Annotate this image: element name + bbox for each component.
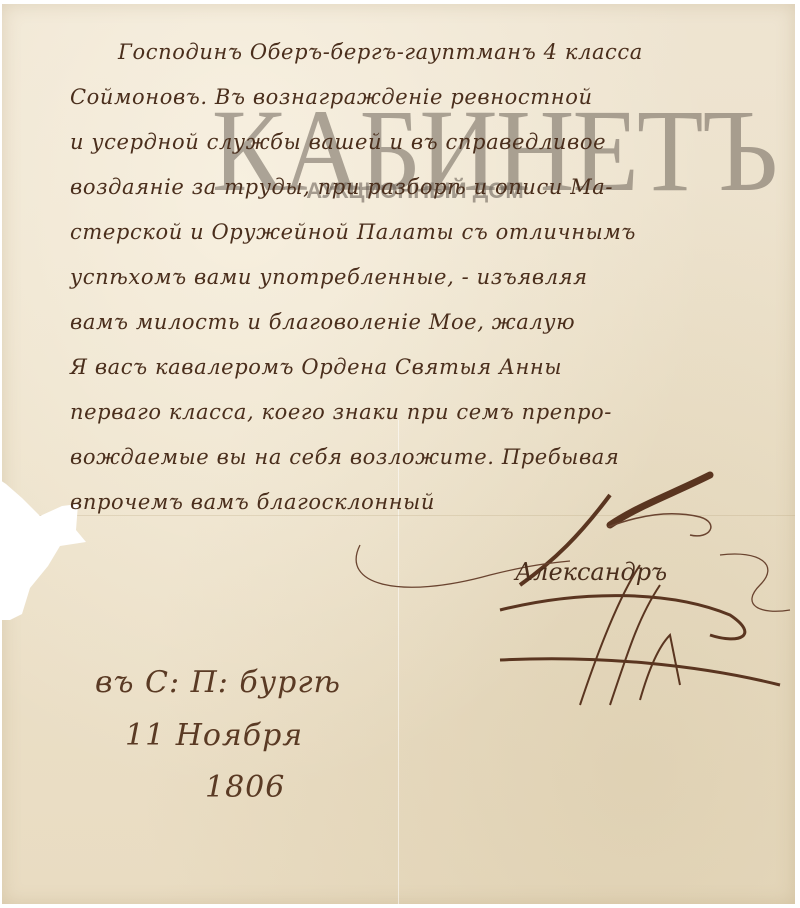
body-line-4: воздаяніе за труды, при разборѣ и описи … — [70, 175, 613, 199]
date-note: 11 Ноября — [125, 718, 303, 753]
body-line-5: стерской и Оружейной Палаты съ отличнымъ — [70, 220, 636, 244]
body-line-8: Я васъ кавалеромъ Ордена Святыя Анны — [70, 355, 562, 379]
body-line-9: перваго класса, коего знаки при семъ пре… — [70, 400, 612, 424]
imperial-signature: Александръ — [340, 465, 800, 715]
body-line-7: вамъ милость и благоволеніе Мое, жалую — [70, 310, 575, 334]
year-note: 1806 — [205, 770, 285, 805]
body-line-6: успѣхомъ вами употребленные, - изъявляя — [70, 265, 588, 289]
body-line-3: и усердной службы вашей и въ справедливо… — [70, 130, 606, 154]
body-line-2: Соймоновъ. Въ вознагражденіе ревностной — [70, 85, 593, 109]
signature-text: Александръ — [513, 558, 667, 586]
body-line-1: Господинъ Оберъ-бергъ-гауптманъ 4 класса — [118, 40, 643, 64]
place-note: въ С: П: бургѣ — [95, 665, 341, 700]
